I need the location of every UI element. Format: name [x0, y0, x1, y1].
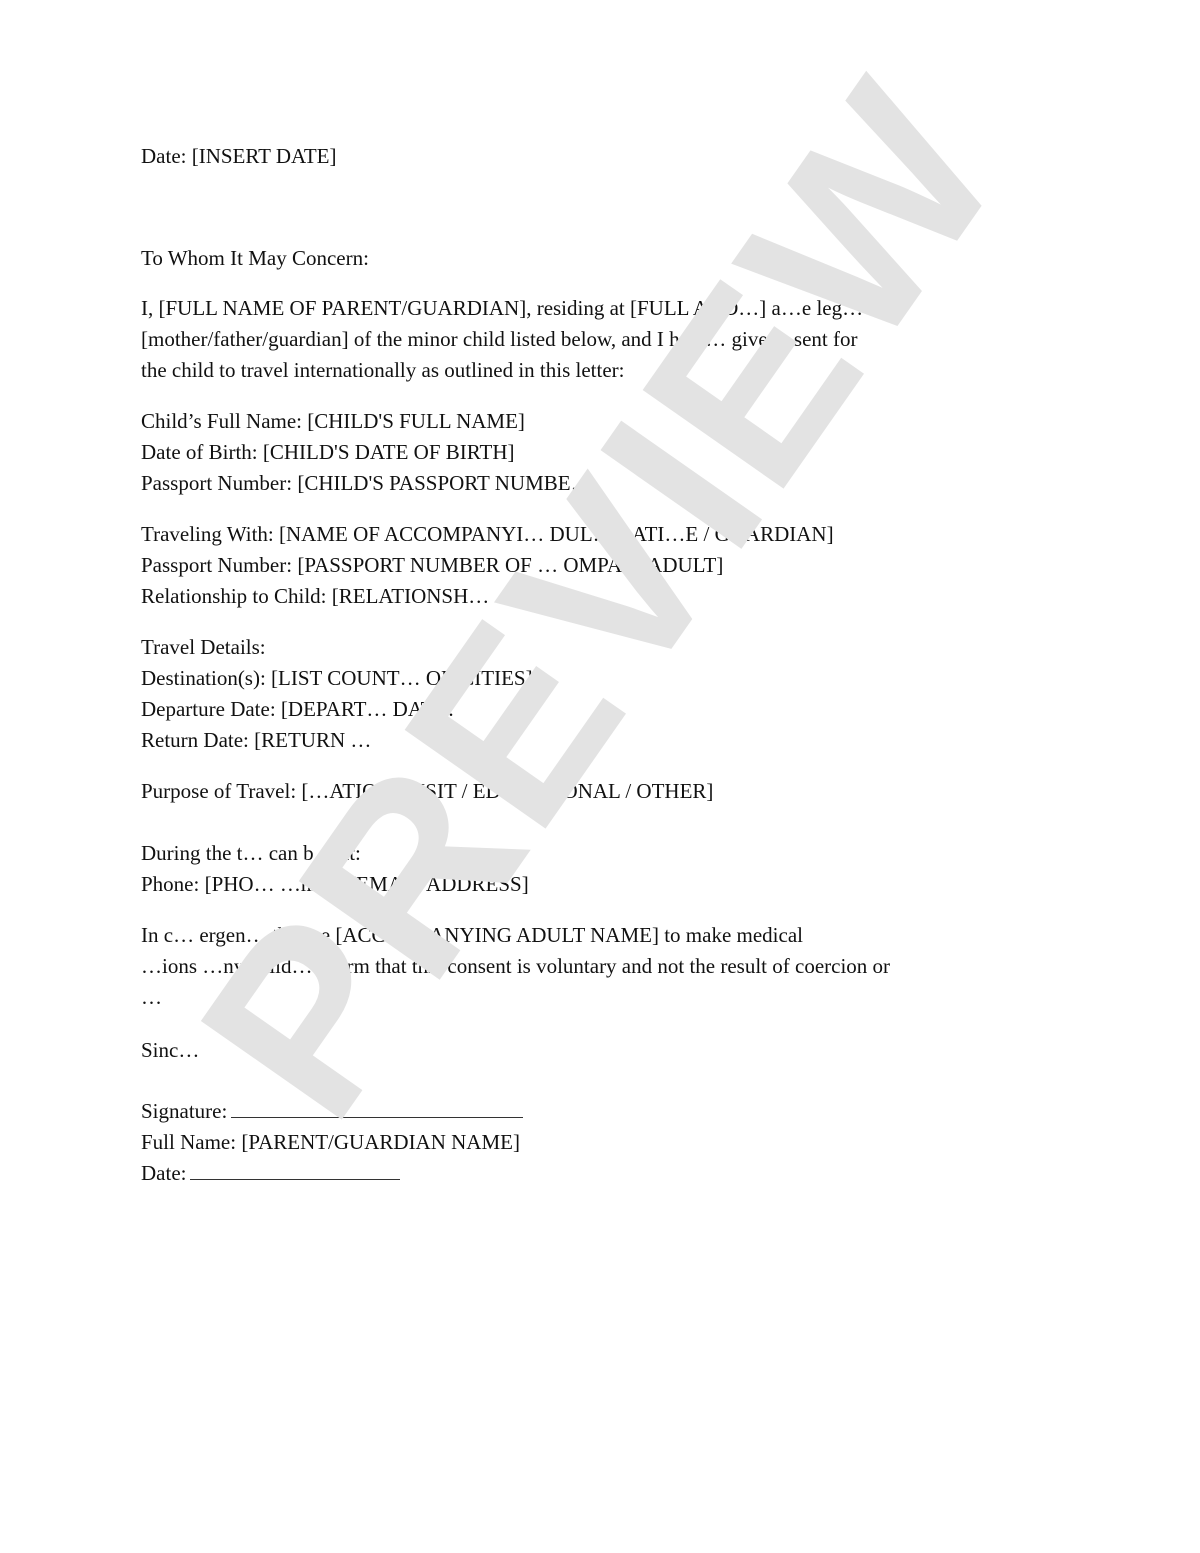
full-name-line: Full Name: [PARENT/GUARDIAN NAME]: [141, 1130, 520, 1154]
departure-date: Departure Date: [DEPART… DAT…: [141, 697, 454, 721]
companion-passport: Passport Number: [PASSPORT NUMBER OF … O…: [141, 553, 723, 577]
signature-label: Signature:: [141, 1099, 227, 1123]
destinations: Destination(s): [LIST COUNT… OR CITIES]: [141, 666, 533, 690]
child-dob: Date of Birth: [CHILD'S DATE OF BIRTH]: [141, 440, 515, 464]
intro-line-3: the child to travel internationally as o…: [141, 358, 624, 382]
sign-date-blank[interactable]: [190, 1161, 400, 1180]
traveling-with: Traveling With: [NAME OF ACCOMPANYI… DUL…: [141, 522, 834, 546]
authorization-line-2: …ions …ny child… affirm that this consen…: [141, 954, 890, 978]
intro-line-1: I, [FULL NAME OF PARENT/GUARDIAN], resid…: [141, 296, 863, 320]
authorization-line-3: …: [141, 985, 162, 1009]
contact-intro: During the t… can b… at:: [141, 841, 361, 865]
return-date: Return Date: [RETURN …: [141, 728, 371, 752]
authorization-line-1: In c… ergen… thorize [ACCOMPANYING ADULT…: [141, 923, 803, 947]
child-full-name: Child’s Full Name: [CHILD'S FULL NAME]: [141, 409, 525, 433]
signature-blank[interactable]: [231, 1099, 523, 1118]
closing: Sinc…: [141, 1038, 199, 1062]
intro-line-2: [mother/father/guardian] of the minor ch…: [141, 327, 858, 351]
purpose-of-travel: Purpose of Travel: […ATIO… VISIT / EDUCA…: [141, 779, 713, 803]
phone-email: Phone: [PHO… …mail: [EMAIL ADDRESS]: [141, 872, 529, 896]
relationship: Relationship to Child: [RELATIONSH…: [141, 584, 489, 608]
date-line: Date: [INSERT DATE]: [141, 144, 336, 168]
child-passport: Passport Number: [CHILD'S PASSPORT NUMBE…: [141, 471, 592, 495]
sign-date-label: Date:: [141, 1161, 186, 1185]
signature-line: Signature:: [141, 1099, 523, 1123]
document-page: Date: [INSERT DATE] To Whom It May Conce…: [0, 0, 1200, 1553]
sign-date-line: Date:: [141, 1161, 400, 1185]
travel-details-heading: Travel Details:: [141, 635, 266, 659]
salutation: To Whom It May Concern:: [141, 246, 369, 270]
